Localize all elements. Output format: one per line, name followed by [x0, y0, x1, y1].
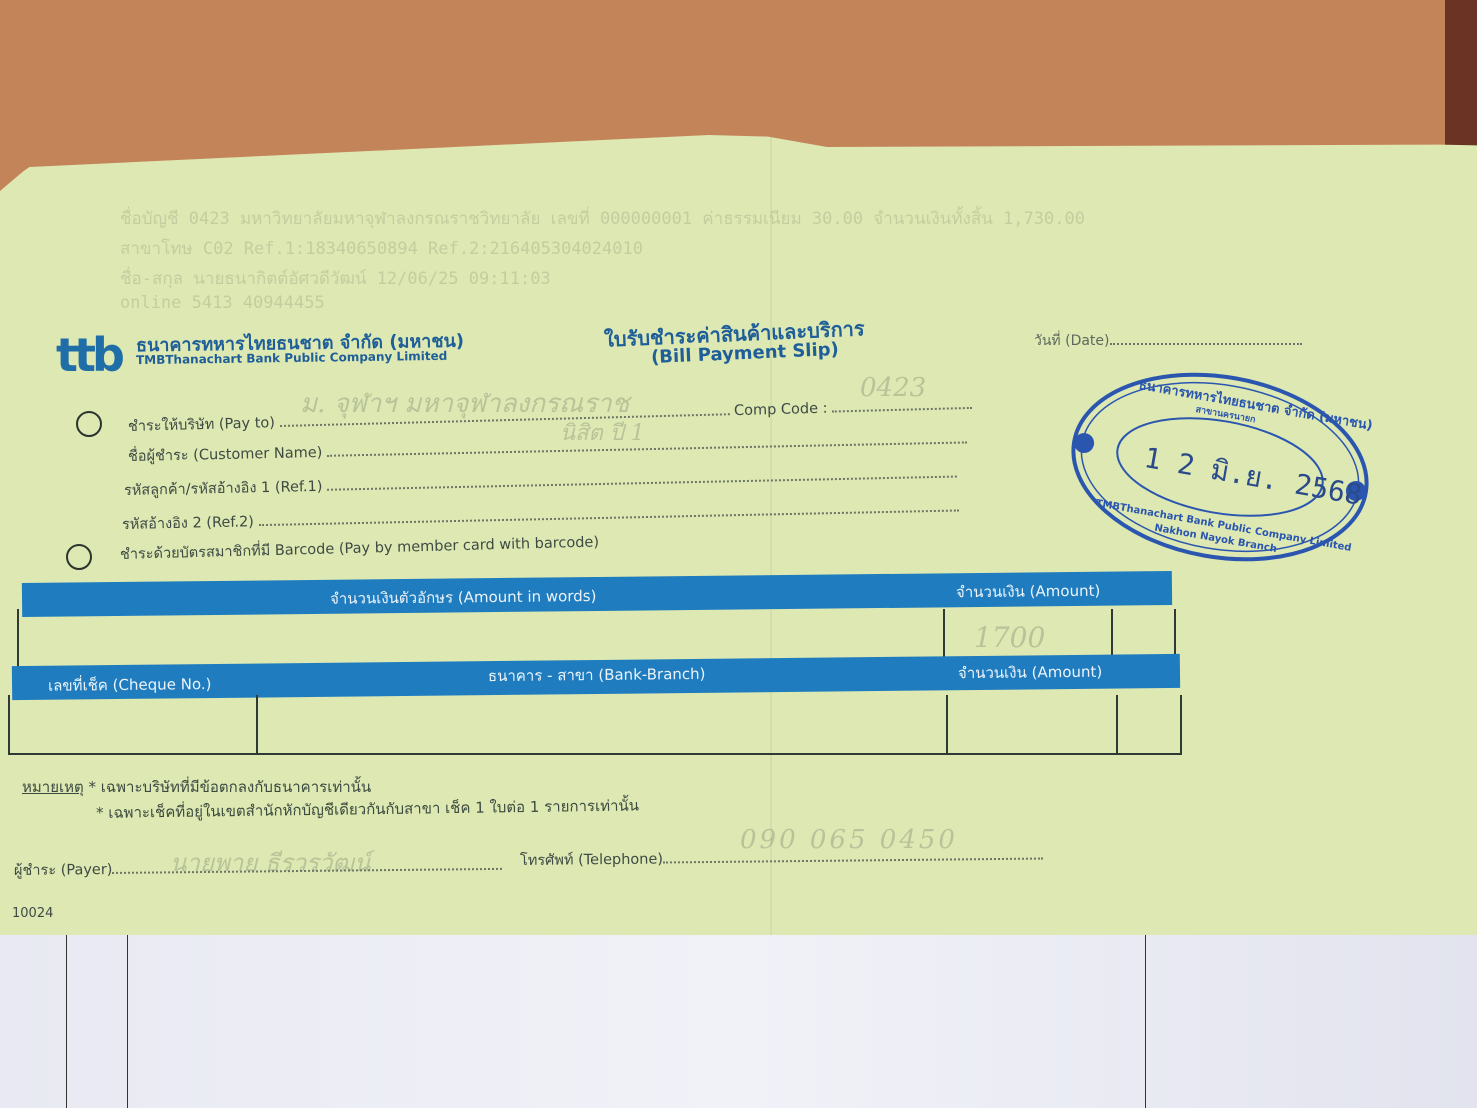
- amount-in-words-header: จำนวนเงินตัวอักษร (Amount in words): [330, 584, 597, 611]
- ref1-field[interactable]: รหัสลูกค้า/รหัสอ้างอิง 1 (Ref.1): [124, 462, 957, 502]
- cheque-amount-cell[interactable]: [950, 695, 1114, 751]
- ref1-label: รหัสลูกค้า/รหัสอ้างอิง 1 (Ref.1): [124, 479, 323, 499]
- paper-fold: [770, 135, 772, 935]
- cheque-no-cell[interactable]: [10, 695, 254, 751]
- pay-to-label: ชำระให้บริษัท (Pay to): [128, 415, 275, 435]
- payer-label: ผู้ชำระ (Payer): [14, 862, 113, 879]
- bill-payment-slip: ชื่อบัญชี 0423 มหาวิทยาลัยมหาจุฬาลงกรณรา…: [0, 135, 1477, 935]
- note-item: * เฉพาะบริษัทที่มีข้อตกลงกับธนาคารเท่านั…: [89, 778, 372, 796]
- ref2-field[interactable]: รหัสอ้างอิง 2 (Ref.2): [122, 495, 959, 536]
- telephone-field[interactable]: โทรศัพท์ (Telephone): [520, 844, 1043, 872]
- date-label: วันที่ (Date): [1034, 333, 1110, 349]
- cheque-row: [8, 695, 1182, 755]
- comp-code-label: Comp Code :: [734, 401, 828, 419]
- carbon-line: ชื่อบัญชี 0423 มหาวิทยาลัยมหาจุฬาลงกรณรา…: [120, 205, 1085, 232]
- bank-name-en: TMBThanachart Bank Public Company Limite…: [136, 349, 448, 367]
- notes-label: หมายเหตุ: [22, 778, 84, 796]
- member-card-radio[interactable]: [66, 544, 92, 570]
- ref2-label: รหัสอ้างอิง 2 (Ref.2): [122, 514, 254, 533]
- cheque-no-header: เลขที่เช็ค (Cheque No.): [48, 672, 212, 698]
- carbon-line: online 5413 40944455: [120, 293, 325, 313]
- carbon-line: สาขาโทษ C02 Ref.1:18340650894 Ref.2:2164…: [120, 235, 643, 262]
- underlying-paper: [0, 925, 1477, 1108]
- payer-field[interactable]: ผู้ชำระ (Payer): [14, 854, 503, 882]
- ttb-logo: ttb: [56, 328, 121, 382]
- form-number: 10024: [12, 906, 53, 921]
- member-card-label[interactable]: ชำระด้วยบัตรสมาชิกที่มี Barcode (Pay by …: [120, 530, 600, 566]
- date-field[interactable]: วันที่ (Date): [1034, 330, 1302, 352]
- bank-stamp: ธนาคารทหารไทยธนชาต จำกัด (มหาชน) สาขานคร…: [1054, 348, 1386, 586]
- handwritten-amount: 1700: [974, 621, 1045, 654]
- pay-to-radio[interactable]: [76, 411, 102, 437]
- customer-name-label: ชื่อผู้ชำระ (Customer Name): [128, 445, 323, 465]
- cheque-amount-header: จำนวนเงิน (Amount): [958, 660, 1103, 686]
- bank-branch-cell[interactable]: [260, 695, 944, 751]
- carbon-line: ชื่อ-สกุล นายธนากิตต์อัศวดีวัฒน์ 12/06/2…: [120, 265, 551, 292]
- amount-header: จำนวนเงิน (Amount): [956, 579, 1101, 605]
- telephone-label: โทรศัพท์ (Telephone): [520, 852, 663, 869]
- bank-branch-header: ธนาคาร - สาขา (Bank-Branch): [488, 662, 706, 688]
- notes: หมายเหตุ * เฉพาะบริษัทที่มีข้อตกลงกับธนา…: [22, 775, 371, 799]
